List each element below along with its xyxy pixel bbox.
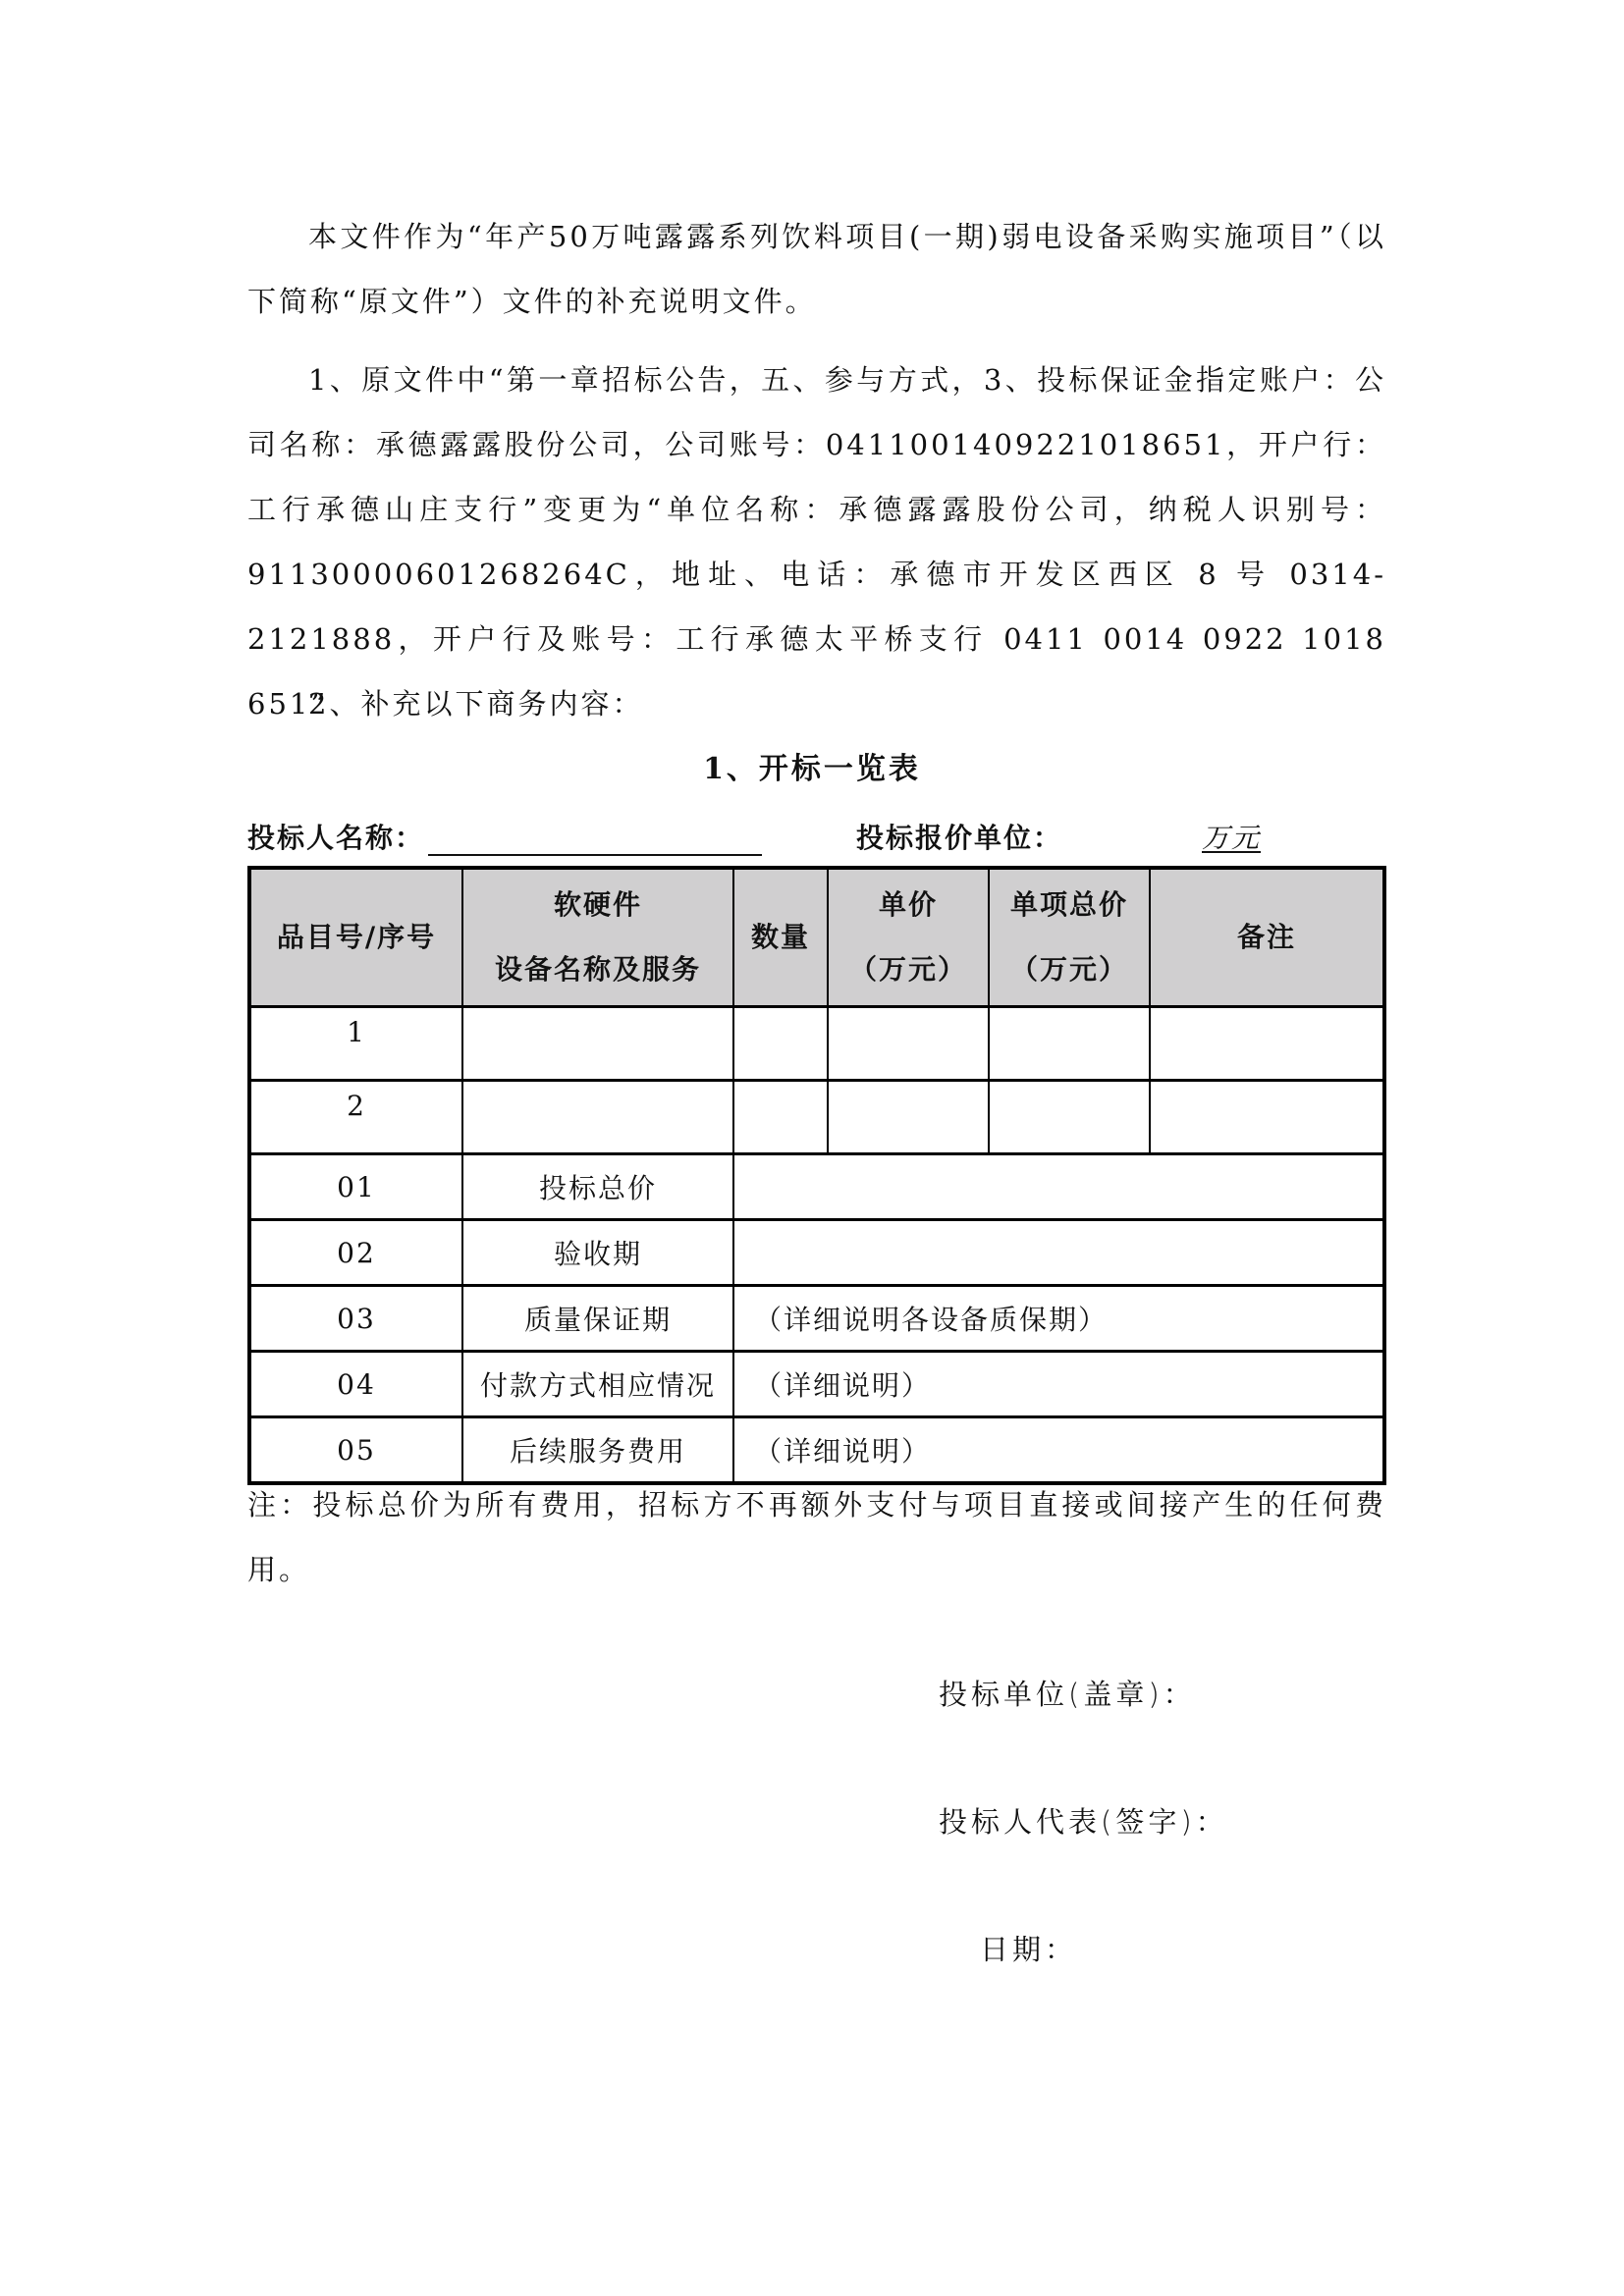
header-item-total: 单项总价 （万元） — [989, 868, 1150, 1007]
item-name-cell[interactable] — [462, 1081, 733, 1154]
header-quantity: 数量 — [733, 868, 828, 1007]
bidder-name-label: 投标人名称： — [247, 822, 424, 854]
intro-paragraph: 本文件作为“年产50万吨露露系列饮料项目(一期)弱电设备采购实施项目”（以下简称… — [247, 204, 1386, 334]
term-label: 质量保证期 — [462, 1286, 733, 1352]
price-unit-row: 投标报价单位： 万元 — [856, 817, 1062, 856]
price-unit-label: 投标报价单位： — [856, 822, 1062, 854]
table-row-total-price: 01 投标总价 — [249, 1154, 1384, 1220]
item-total-cell[interactable] — [989, 1081, 1150, 1154]
item-name-cell[interactable] — [462, 1007, 733, 1081]
bidder-name-field[interactable] — [428, 830, 762, 856]
table-row: 1 — [249, 1007, 1384, 1081]
item-qty-cell[interactable] — [733, 1081, 828, 1154]
item-total-cell[interactable] — [989, 1007, 1150, 1081]
bidder-name-row: 投标人名称： — [247, 817, 762, 856]
item-no: 2 — [249, 1081, 462, 1154]
term-value-cell[interactable]: （详细说明各设备质保期） — [733, 1286, 1384, 1352]
table-footnote: 注：投标总价为所有费用，招标方不再额外支付与项目直接或间接产生的任何费用。 — [247, 1472, 1386, 1602]
item-unit-price-cell[interactable] — [828, 1081, 989, 1154]
signature-date: 日期： — [980, 1928, 1077, 1968]
term-label: 验收期 — [462, 1220, 733, 1286]
item-unit-price-cell[interactable] — [828, 1007, 989, 1081]
header-unit-price: 单价 （万元） — [828, 868, 989, 1007]
document-page: 本文件作为“年产50万吨露露系列饮料项目(一期)弱电设备采购实施项目”（以下简称… — [0, 0, 1624, 2296]
item-no: 1 — [249, 1007, 462, 1081]
amendment-item-2: 2、补充以下商务内容： — [247, 671, 1386, 736]
bid-table-title: 1、开标一览表 — [0, 744, 1624, 787]
header-remarks: 备注 — [1150, 868, 1384, 1007]
item-qty-cell[interactable] — [733, 1007, 828, 1081]
table-row-acceptance-period: 02 验收期 — [249, 1220, 1384, 1286]
term-no: 02 — [249, 1220, 462, 1286]
table-row-payment-terms: 04 付款方式相应情况 （详细说明） — [249, 1352, 1384, 1417]
term-label: 付款方式相应情况 — [462, 1352, 733, 1417]
price-unit-value: 万元 — [1202, 817, 1261, 856]
bid-summary-table: 品目号/序号 软硬件 设备名称及服务 数量 单价 （万元） 单项总价 （万元） … — [247, 866, 1386, 1485]
header-equipment-name: 软硬件 设备名称及服务 — [462, 868, 733, 1007]
signature-unit-seal: 投标单位(盖章)： — [939, 1673, 1196, 1713]
table-row-warranty-period: 03 质量保证期 （详细说明各设备质保期） — [249, 1286, 1384, 1352]
item-note-cell[interactable] — [1150, 1007, 1384, 1081]
term-value-cell[interactable] — [733, 1220, 1384, 1286]
term-value-cell[interactable] — [733, 1154, 1384, 1220]
table-header-row: 品目号/序号 软硬件 设备名称及服务 数量 单价 （万元） 单项总价 （万元） … — [249, 868, 1384, 1007]
signature-representative: 投标人代表(签字)： — [939, 1800, 1228, 1841]
item-note-cell[interactable] — [1150, 1081, 1384, 1154]
table-row: 2 — [249, 1081, 1384, 1154]
term-value-cell[interactable]: （详细说明） — [733, 1352, 1384, 1417]
term-no: 04 — [249, 1352, 462, 1417]
header-item-no: 品目号/序号 — [249, 868, 462, 1007]
term-label: 投标总价 — [462, 1154, 733, 1220]
term-no: 01 — [249, 1154, 462, 1220]
term-no: 03 — [249, 1286, 462, 1352]
